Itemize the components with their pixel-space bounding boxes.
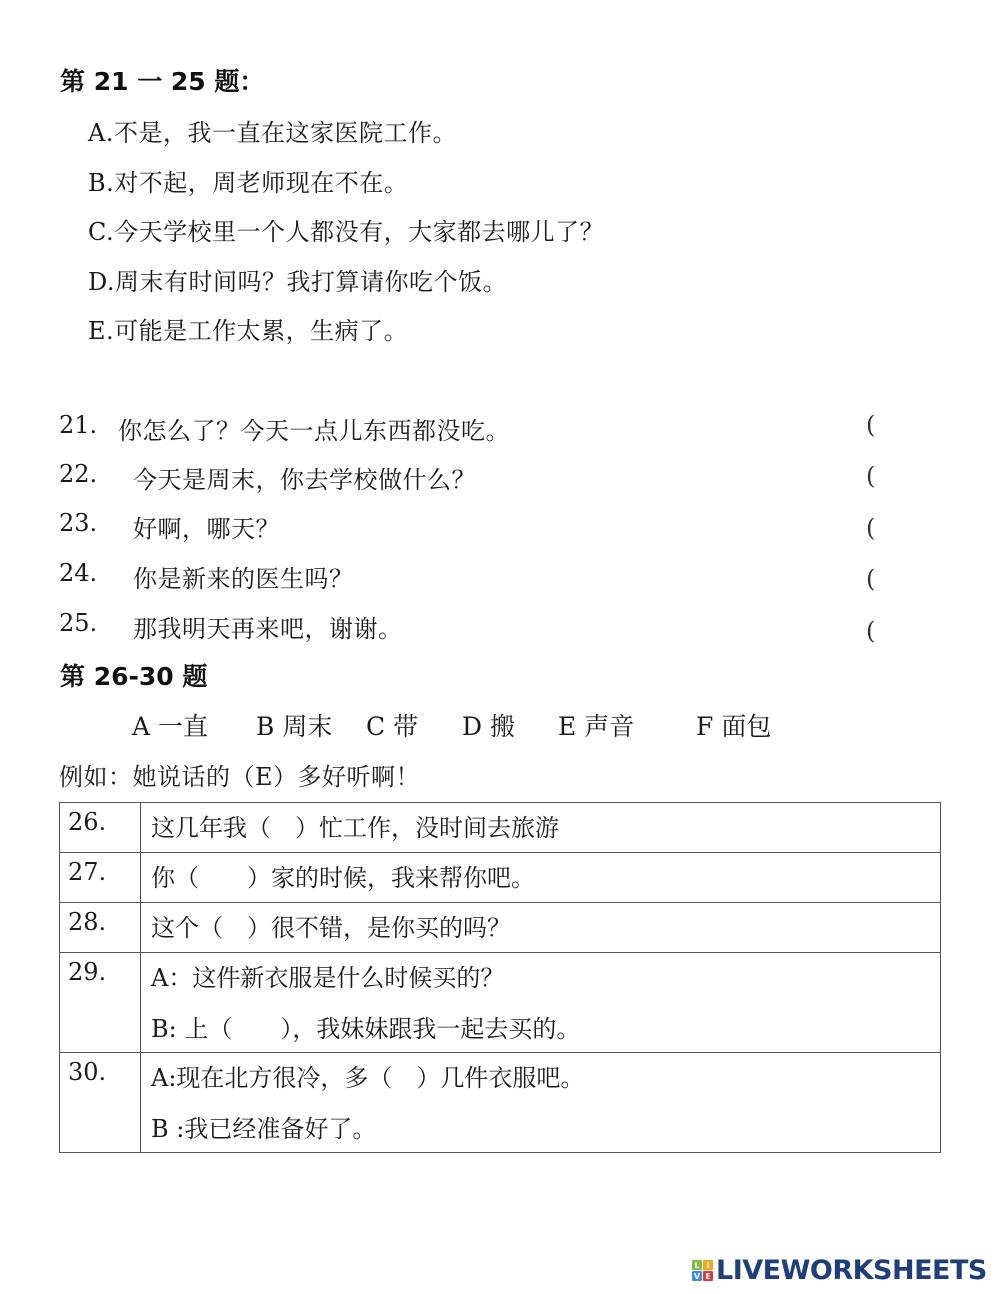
example-sentence: 例如：她说话的（E）多好听啊！ <box>59 757 420 792</box>
table-row: 29. A：这件新衣服是什么时候买的？ B: 上（ ），我妹妹跟我一起去买的。 <box>60 953 941 1053</box>
row-content[interactable]: A:现在北方很冷，多（ ）几件衣服吧。 B :我已经准备好了。 <box>141 1053 941 1153</box>
word-bank-item: C 带 <box>366 707 462 743</box>
word: 搬 <box>490 707 515 743</box>
answer-input-21[interactable] <box>875 411 1000 439</box>
answer-field-22[interactable]: ( ) <box>866 462 948 490</box>
option-text: 今天学校里一个人都没有，大家都去哪儿了？ <box>114 218 604 246</box>
sentence-line: A：这件新衣服是什么时候买的？ <box>151 958 940 993</box>
word-letter: F <box>696 712 713 741</box>
bracket-open: ( <box>866 462 875 490</box>
question-text: 你是新来的医生吗？ <box>133 559 354 594</box>
option-letter: E. <box>88 317 114 345</box>
table-row: 30. A:现在北方很冷，多（ ）几件衣服吧。 B :我已经准备好了。 <box>60 1053 941 1153</box>
question-number: 23. <box>59 509 97 537</box>
row-content[interactable]: A：这件新衣服是什么时候买的？ B: 上（ ），我妹妹跟我一起去买的。 <box>141 953 941 1053</box>
row-number: 27. <box>60 853 141 903</box>
row-content[interactable]: 你（ ）家的时候，我来帮你吧。 <box>141 853 941 903</box>
answer-field-25[interactable]: ( ) <box>866 617 948 645</box>
option-text: 对不起，周老师现在不在。 <box>114 169 408 197</box>
word-bank: A 一直 B 周末 C 带 D 搬 E 声音 F 面包 <box>132 707 771 743</box>
fill-in-table: 26. 这几年我（ ）忙工作，没时间去旅游 27. 你（ ）家的时候，我来帮你吧… <box>59 802 941 1153</box>
sentence-line: B :我已经准备好了。 <box>151 1109 940 1144</box>
question-number: 25. <box>59 609 97 637</box>
sentence-line: B: 上（ ），我妹妹跟我一起去买的。 <box>151 1009 940 1044</box>
logo-tile: I <box>703 1260 713 1270</box>
bracket-open: ( <box>866 617 875 645</box>
word-letter: B <box>256 712 274 741</box>
question-text: 好啊，哪天？ <box>133 509 280 544</box>
bracket-open: ( <box>866 565 875 593</box>
word-bank-item: B 周末 <box>256 707 366 743</box>
word: 一直 <box>158 707 208 743</box>
option-text: 周末有时间吗？我打算请你吃个饭。 <box>115 268 507 296</box>
table-row: 28. 这个（ ）很不错，是你买的吗？ <box>60 903 941 953</box>
bracket-open: ( <box>866 514 875 542</box>
row-content[interactable]: 这个（ ）很不错，是你买的吗？ <box>141 903 941 953</box>
option-d: D.周末有时间吗？我打算请你吃个饭。 <box>88 262 507 297</box>
option-letter: A. <box>88 119 114 147</box>
sentence-line: 你（ ）家的时候，我来帮你吧。 <box>151 858 940 893</box>
question-number: 24. <box>59 559 97 587</box>
table-row: 26. 这几年我（ ）忙工作，没时间去旅游 <box>60 803 941 853</box>
word-letter: E <box>558 712 576 741</box>
table-row: 27. 你（ ）家的时候，我来帮你吧。 <box>60 853 941 903</box>
liveworksheets-logo: L I V E LIVEWORKSHEETS <box>692 1255 987 1286</box>
answer-input-22[interactable] <box>875 462 1000 490</box>
word: 面包 <box>721 707 771 743</box>
logo-tile: V <box>692 1271 702 1281</box>
logo-tile: E <box>703 1271 713 1281</box>
question-text: 那我明天再来吧，谢谢。 <box>133 609 403 644</box>
sentence-line: 这个（ ）很不错，是你买的吗？ <box>151 908 940 943</box>
row-number: 30. <box>60 1053 141 1153</box>
word: 带 <box>393 707 418 743</box>
word-bank-item: D 搬 <box>462 707 558 743</box>
option-letter: B. <box>88 169 114 197</box>
option-letter: C. <box>88 218 114 246</box>
option-letter: D. <box>88 268 115 296</box>
word: 声音 <box>584 707 634 743</box>
option-b: B.对不起，周老师现在不在。 <box>88 163 408 198</box>
word-letter: C <box>366 712 385 741</box>
word-bank-item: E 声音 <box>558 707 696 743</box>
answer-field-21[interactable]: ( ) <box>866 411 948 439</box>
row-content[interactable]: 这几年我（ ）忙工作，没时间去旅游 <box>141 803 941 853</box>
word-bank-item: F 面包 <box>696 707 771 743</box>
logo-tile: L <box>692 1260 702 1270</box>
word: 周末 <box>282 707 332 743</box>
question-text: 今天是周末，你去学校做什么？ <box>133 460 476 495</box>
sentence-line: 这几年我（ ）忙工作，没时间去旅游 <box>151 808 940 843</box>
word-bank-item: A 一直 <box>132 707 256 743</box>
option-a: A.不是，我一直在这家医院工作。 <box>88 113 457 148</box>
logo-live-icon: L I V E <box>692 1260 713 1281</box>
question-number: 22. <box>59 460 97 488</box>
brand-name: LIVEWORKSHEETS <box>716 1255 987 1286</box>
option-c: C.今天学校里一个人都没有，大家都去哪儿了？ <box>88 212 604 247</box>
word-letter: D <box>462 712 482 741</box>
answer-input-25[interactable] <box>875 617 1000 645</box>
row-number: 28. <box>60 903 141 953</box>
option-text: 不是，我一直在这家医院工作。 <box>114 119 457 147</box>
answer-field-24[interactable]: ( ) <box>866 565 948 593</box>
word-letter: A <box>132 712 150 741</box>
question-number: 21. <box>59 411 97 439</box>
row-number: 26. <box>60 803 141 853</box>
bracket-open: ( <box>866 411 875 439</box>
answer-input-23[interactable] <box>875 514 1000 542</box>
section-21-25-title: 第 21 一 25 题： <box>60 62 264 98</box>
answer-field-23[interactable]: ( ) <box>866 514 948 542</box>
option-e: E.可能是工作太累，生病了。 <box>88 311 408 346</box>
question-text: 你怎么了？今天一点儿东西都没吃。 <box>118 411 510 446</box>
option-text: 可能是工作太累，生病了。 <box>114 317 408 345</box>
answer-input-24[interactable] <box>875 565 1000 593</box>
section-26-30-title: 第 26-30 题 <box>60 657 207 693</box>
sentence-line: A:现在北方很冷，多（ ）几件衣服吧。 <box>151 1058 940 1093</box>
row-number: 29. <box>60 953 141 1053</box>
